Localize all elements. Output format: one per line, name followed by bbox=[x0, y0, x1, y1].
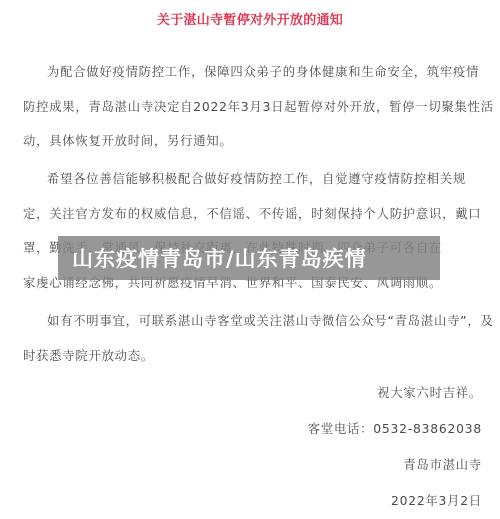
phone-number: 0532-83862038 bbox=[373, 422, 482, 436]
phone-label: 客堂电话： bbox=[308, 422, 374, 436]
phone-line: 客堂电话：0532-83862038 bbox=[308, 419, 482, 437]
paragraph-line: 防控成果，青岛湛山寺决定自2022年3月3日起暂停对外开放，暂停一切聚集性活 bbox=[23, 90, 483, 125]
notice-title: 关于湛山寺暂停对外开放的通知 bbox=[0, 9, 500, 28]
signature-date: 2022年3月2日 bbox=[391, 491, 482, 509]
paragraph-line: 动，具体恢复开放时间，另行通知。 bbox=[23, 124, 483, 159]
paragraph-closure-announcement: 为配合做好疫情防控工作，保障四众弟子的身体健康和生命安全，筑牢疫情 防控成果，青… bbox=[23, 55, 483, 159]
caption-overlay-band: 山东疫情青岛市/山东青岛疾情 bbox=[58, 236, 440, 280]
paragraph-line: 时获悉寺院开放动态。 bbox=[23, 339, 483, 374]
caption-overlay-text: 山东疫情青岛市/山东青岛疾情 bbox=[72, 243, 367, 273]
paragraph-line: 希望各位善信能够积极配合做好疫情防控工作，自觉遵守疫情防控相关规 bbox=[23, 162, 483, 197]
paragraph-contact-info: 如有不明事宜，可联系湛山寺客堂或关注湛山寺微信公众号“青岛湛山寺”，及 时获悉寺… bbox=[23, 304, 483, 373]
signature-org: 青岛市湛山寺 bbox=[403, 455, 482, 473]
paragraph-line: 定，关注官方发布的权威信息，不信谣、不传谣，时刻保持个人防护意识，戴口 bbox=[23, 197, 483, 232]
paragraph-line: 如有不明事宜，可联系湛山寺客堂或关注湛山寺微信公众号“青岛湛山寺”，及 bbox=[23, 304, 483, 339]
paragraph-line: 为配合做好疫情防控工作，保障四众弟子的身体健康和生命安全，筑牢疫情 bbox=[23, 55, 483, 90]
closing-blessing: 祝大家六时吉祥。 bbox=[377, 383, 482, 401]
